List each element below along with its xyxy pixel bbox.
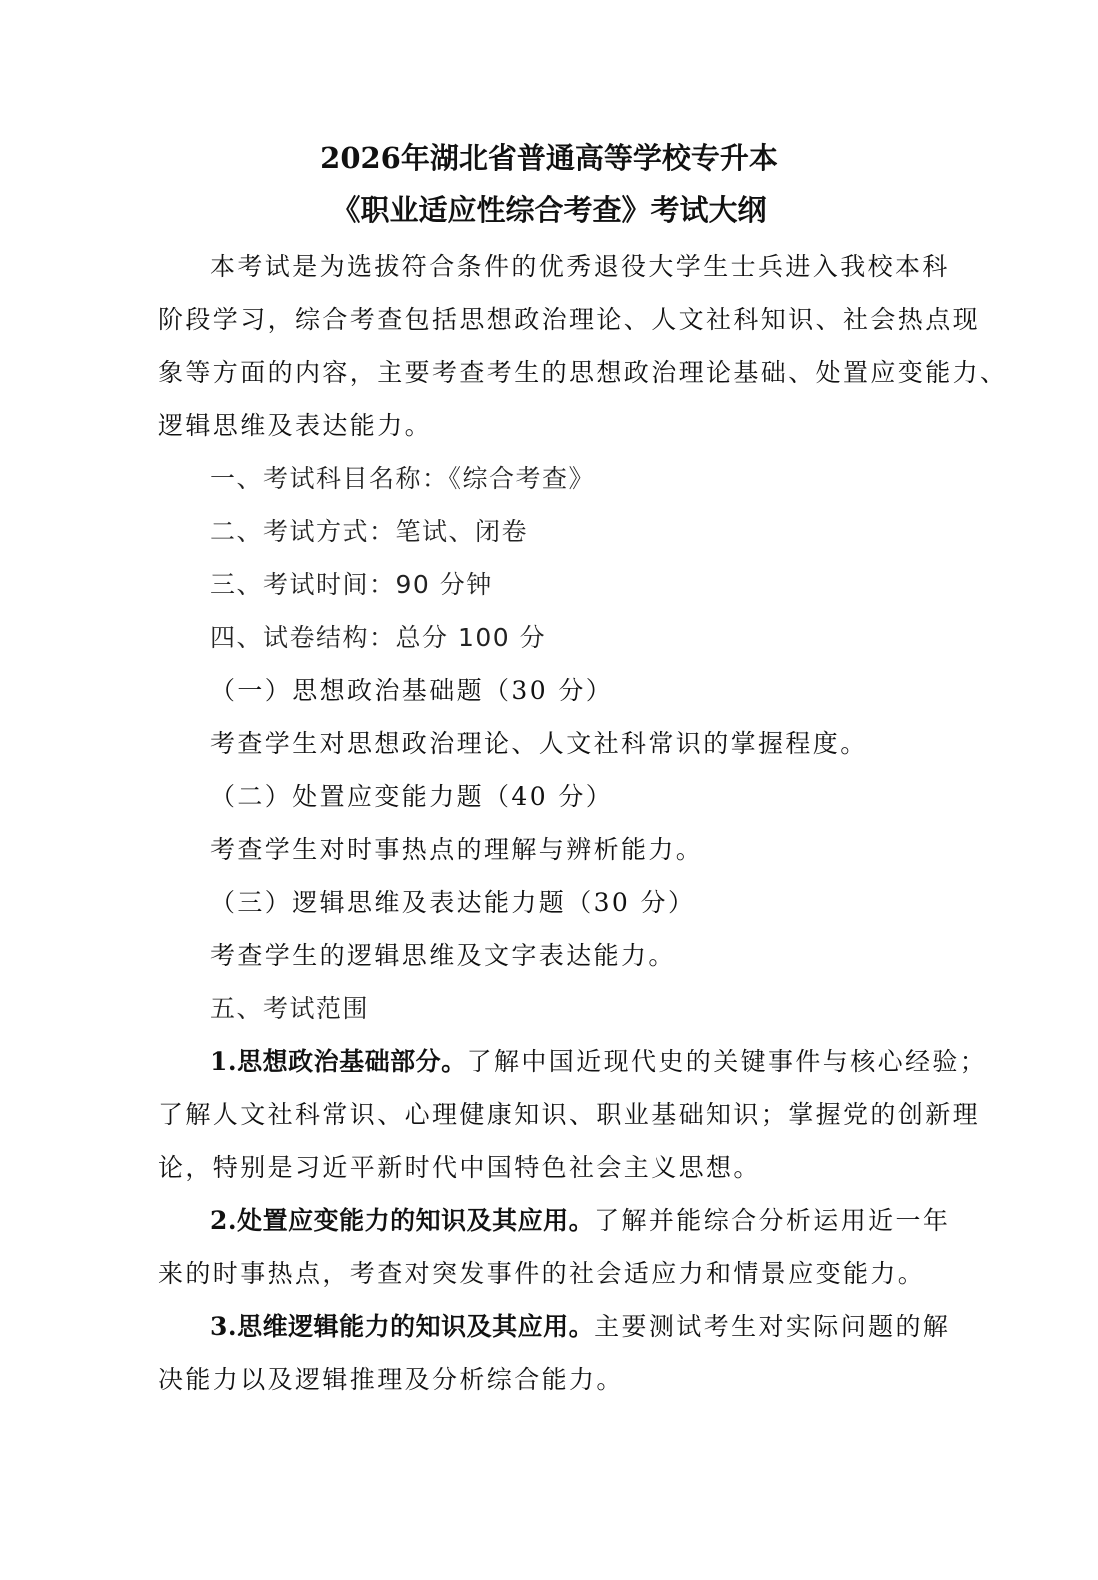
structure-heading-2: （二）处置应变能力题（40 分）: [210, 780, 613, 814]
intro-line: 阶段学习，综合考查包括思想政治理论、人文社科知识、社会热点现: [158, 303, 980, 337]
scope-item-1-title: 1.思想政治基础部分。: [210, 1047, 467, 1076]
intro-line: 象等方面的内容，主要考查考生的思想政治理论基础、处置应变能力、: [158, 356, 1007, 390]
document-title-line1: 2026年湖北省普通高等学校专升本: [0, 140, 1098, 176]
scope-item-3-title: 3.思维逻辑能力的知识及其应用。: [210, 1312, 594, 1341]
scope-item-1-text: 了解人文社科常识、心理健康知识、职业基础知识；掌握党的创新理: [158, 1098, 980, 1132]
intro-line: 逻辑思维及表达能力。: [158, 409, 432, 443]
intro-line: 本考试是为选拔符合条件的优秀退役大学生士兵进入我校本科: [210, 250, 950, 284]
structure-desc-3: 考查学生的逻辑思维及文字表达能力。: [210, 939, 676, 973]
section-subject-name: 一、考试科目名称：《综合考查》: [210, 462, 595, 496]
document-title-line2: 《职业适应性综合考查》考试大纲: [0, 192, 1098, 228]
section-exam-time: 三、考试时间：90 分钟: [210, 568, 493, 602]
structure-heading-3: （三）逻辑思维及表达能力题（30 分）: [210, 886, 695, 920]
structure-desc-1: 考查学生对思想政治理论、人文社科常识的掌握程度。: [210, 727, 868, 761]
scope-item-2-text: 了解并能综合分析运用近一年: [594, 1206, 950, 1235]
structure-heading-1: （一）思想政治基础题（30 分）: [210, 674, 613, 708]
scope-item-3-text: 决能力以及逻辑推理及分析综合能力。: [158, 1363, 624, 1397]
document-page: 2026年湖北省普通高等学校专升本 《职业适应性综合考查》考试大纲 本考试是为选…: [0, 0, 1098, 1580]
scope-item-2-title: 2.处置应变能力的知识及其应用。: [210, 1206, 594, 1235]
section-paper-structure: 四、试卷结构：总分 100 分: [210, 621, 546, 655]
section-exam-method: 二、考试方式：笔试、闭卷: [210, 515, 528, 549]
structure-desc-2: 考查学生对时事热点的理解与辨析能力。: [210, 833, 703, 867]
scope-item-1-text: 了解中国近现代史的关键事件与核心经验；: [467, 1047, 988, 1076]
scope-item-3-text: 主要测试考生对实际问题的解: [594, 1312, 950, 1341]
section-exam-scope: 五、考试范围: [210, 992, 369, 1026]
scope-item-1-text: 论，特别是习近平新时代中国特色社会主义思想。: [158, 1151, 761, 1185]
scope-item-2-text: 来的时事热点，考查对突发事件的社会适应力和情景应变能力。: [158, 1257, 925, 1291]
